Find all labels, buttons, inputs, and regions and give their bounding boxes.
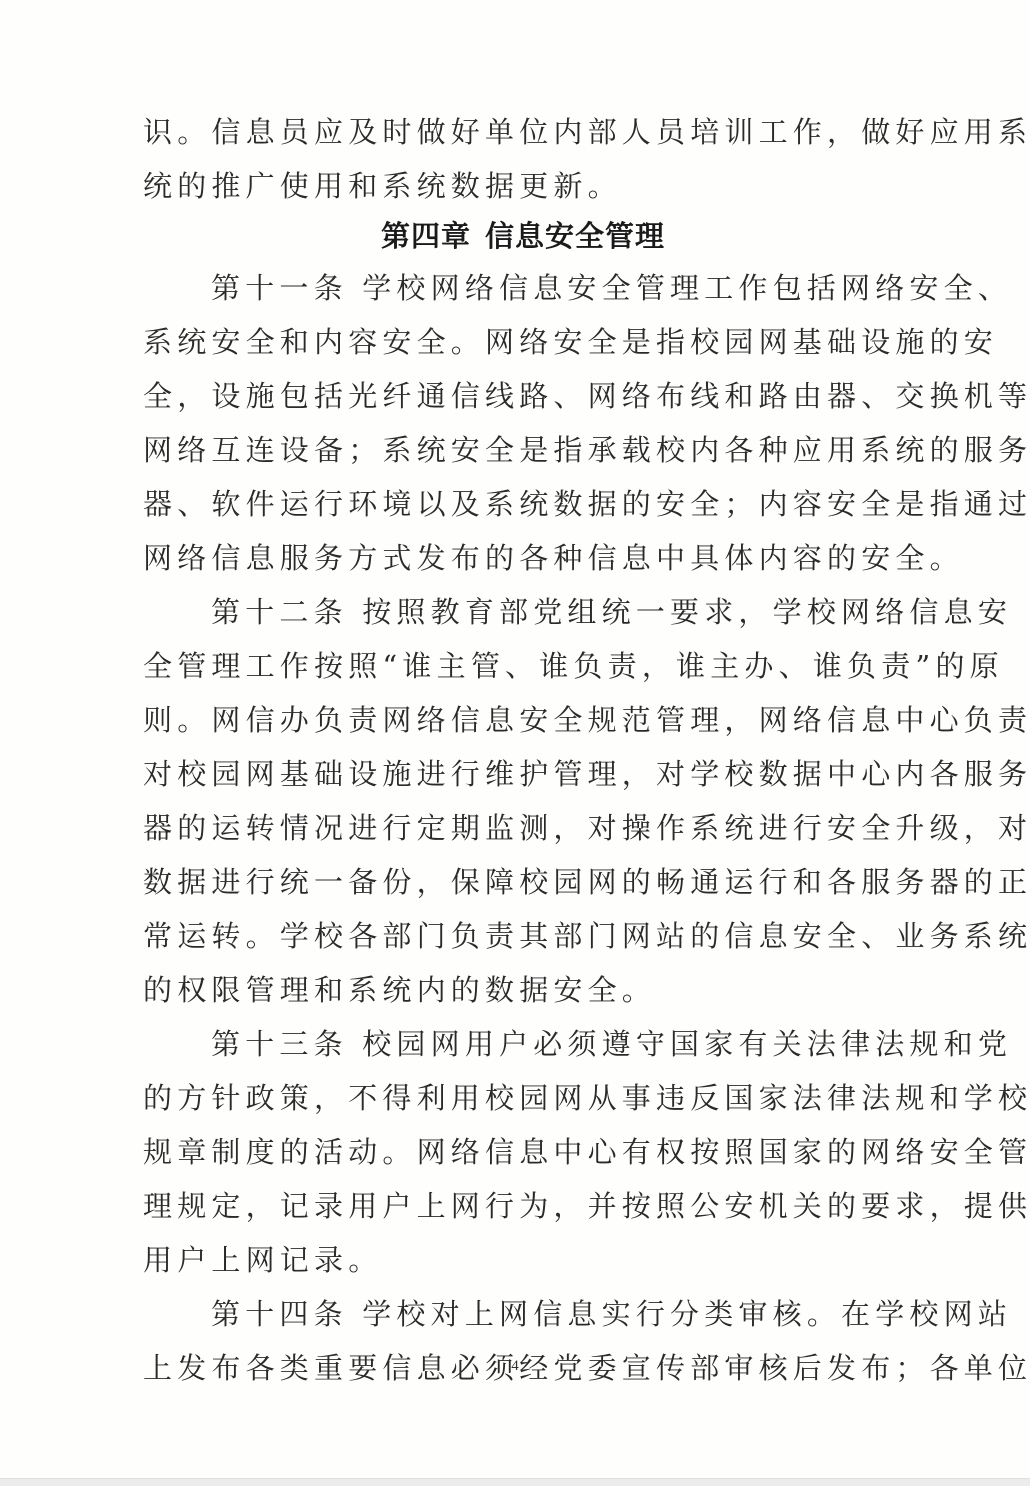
- text-line: 系统安全和内容安全。网络安全是指校园网基础设施的安: [143, 315, 903, 369]
- text-line: 第十二条 按照教育部党组统一要求，学校网络信息安: [143, 585, 903, 639]
- text-line: 规章制度的活动。网络信息中心有权按照国家的网络安全管: [143, 1125, 903, 1179]
- text-line: 网络信息服务方式发布的各种信息中具体内容的安全。: [143, 531, 903, 585]
- text-line: 第十一条 学校网络信息安全管理工作包括网络安全、: [143, 261, 903, 315]
- text-line: 第十三条 校园网用户必须遵守国家有关法律法规和党: [143, 1017, 903, 1071]
- chapter-title: 信息安全管理: [485, 219, 665, 253]
- text-line: 的方针政策，不得利用校园网从事违反国家法律法规和学校: [143, 1071, 903, 1125]
- chapter-heading: 第四章信息安全管理: [143, 211, 903, 261]
- text-line: 理规定，记录用户上网行为，并按照公安机关的要求，提供: [143, 1179, 903, 1233]
- text-line: 器、软件运行环境以及系统数据的安全；内容安全是指通过: [143, 477, 903, 531]
- text-line: 器的运转情况进行定期监测，对操作系统进行安全升级，对: [143, 801, 903, 855]
- text-line: 网络互连设备；系统安全是指承载校内各种应用系统的服务: [143, 423, 903, 477]
- text-line: 全管理工作按照“谁主管、谁负责，谁主办、谁负责”的原: [143, 639, 903, 693]
- text-line: 统的推广使用和系统数据更新。: [143, 159, 903, 213]
- page-bottom-edge: [0, 1478, 1030, 1486]
- article-11: 第十一条 学校网络信息安全管理工作包括网络安全、 系统安全和内容安全。网络安全是…: [143, 261, 903, 585]
- text-line: 第十四条 学校对上网信息实行分类审核。在学校网站: [143, 1287, 903, 1341]
- text-line: 识。信息员应及时做好单位内部人员培训工作，做好应用系: [143, 105, 903, 159]
- document-body: 识。信息员应及时做好单位内部人员培训工作，做好应用系 统的推广使用和系统数据更新…: [143, 105, 903, 1395]
- text-line: 常运转。学校各部门负责其部门网站的信息安全、业务系统: [143, 909, 903, 963]
- text-line: 对校园网基础设施进行维护管理，对学校数据中心内各服务: [143, 747, 903, 801]
- page-number: 4: [0, 1358, 1030, 1375]
- text-line: 数据进行统一备份，保障校园网的畅通运行和各服务器的正: [143, 855, 903, 909]
- text-line: 的权限管理和系统内的数据安全。: [143, 963, 903, 1017]
- document-page: 识。信息员应及时做好单位内部人员培训工作，做好应用系 统的推广使用和系统数据更新…: [0, 0, 1030, 1478]
- text-line: 则。网信办负责网络信息安全规范管理，网络信息中心负责: [143, 693, 903, 747]
- chapter-number: 第四章: [381, 219, 471, 253]
- article-13: 第十三条 校园网用户必须遵守国家有关法律法规和党 的方针政策，不得利用校园网从事…: [143, 1017, 903, 1287]
- article-12: 第十二条 按照教育部党组统一要求，学校网络信息安 全管理工作按照“谁主管、谁负责…: [143, 585, 903, 1017]
- text-line: 全，设施包括光纤通信线路、网络布线和路由器、交换机等: [143, 369, 903, 423]
- text-line: 用户上网记录。: [143, 1233, 903, 1287]
- article-14: 第十四条 学校对上网信息实行分类审核。在学校网站 上发布各类重要信息必须经党委宣…: [143, 1287, 903, 1395]
